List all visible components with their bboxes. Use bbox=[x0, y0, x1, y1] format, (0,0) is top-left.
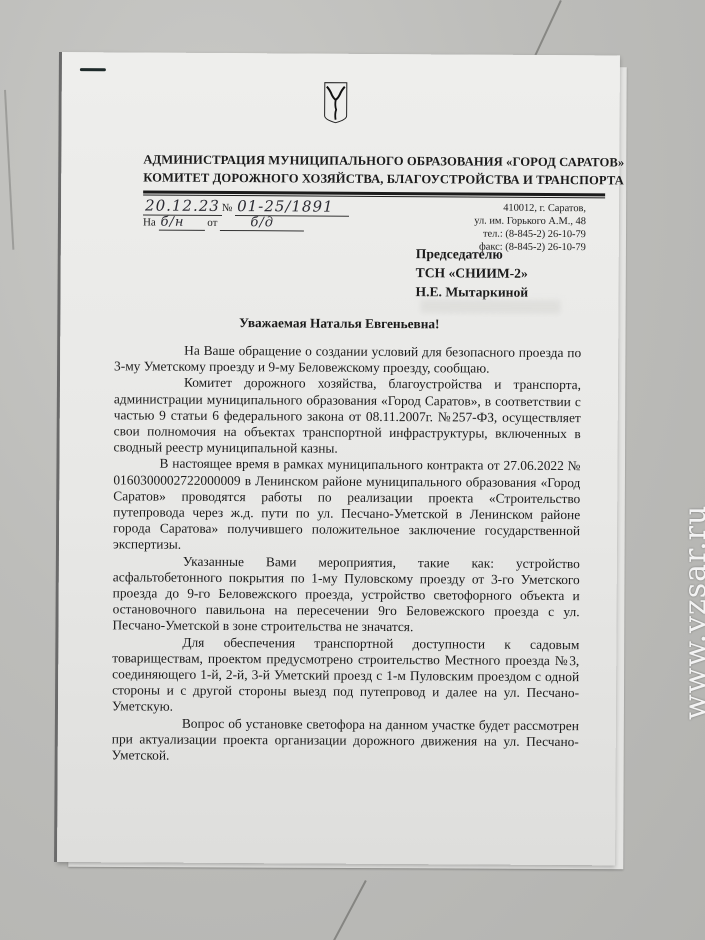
paragraph-6: Вопрос об установке светофора на данном … bbox=[112, 715, 579, 766]
from-label: от bbox=[207, 217, 217, 229]
address-line2: ул. им. Горького А.М., 48 bbox=[401, 214, 586, 228]
outgoing-date: 20.12.23 bbox=[143, 196, 222, 215]
paragraph-5: Для обеспечения транспортной доступности… bbox=[112, 634, 579, 718]
number-label: № bbox=[222, 202, 233, 214]
organization-header: Администрация муниципального образования… bbox=[143, 150, 613, 189]
outgoing-number: 01-25/1891 bbox=[235, 197, 349, 217]
paragraph-4: Указанные Вами мероприятия, такие как: у… bbox=[112, 553, 579, 637]
org-name-line2: Комитет дорожного хозяйства, благоустрой… bbox=[143, 168, 613, 189]
address-line1: 410012, г. Саратов, bbox=[401, 201, 586, 215]
redacted-area bbox=[420, 299, 560, 314]
marble-vein bbox=[534, 0, 562, 57]
reply-to-date: б/д bbox=[220, 215, 304, 232]
marble-vein bbox=[4, 90, 14, 250]
salutation: Уважаемая Наталья Евгеньевна! bbox=[60, 314, 618, 333]
staple-mark bbox=[80, 68, 106, 71]
letter-page: Администрация муниципального образования… bbox=[57, 52, 620, 865]
reply-to-number: б/н bbox=[158, 215, 204, 231]
reply-to-label: На bbox=[143, 216, 156, 228]
paragraph-1: На Ваше обращение о создании условий для… bbox=[114, 342, 581, 377]
marble-vein bbox=[332, 880, 367, 940]
letter-body: На Ваше обращение о создании условий для… bbox=[112, 342, 582, 766]
site-watermark: www.vzsar.ru bbox=[678, 505, 705, 720]
recipient-title: Председателю bbox=[416, 244, 529, 264]
recipient-org: ТСН «СНИИМ-2» bbox=[416, 263, 529, 283]
saratov-coat-of-arms-icon bbox=[324, 82, 348, 124]
recipient-block: Председателю ТСН «СНИИМ-2» Н.Е. Мытаркин… bbox=[415, 244, 528, 302]
registration-block: 20.12.23№ 01-25/1891 На б/н от б/д bbox=[143, 196, 349, 231]
phone: тел.: (8-845-2) 26-10-79 bbox=[401, 227, 586, 241]
paragraph-2: Комитет дорожного хозяйства, благоустрой… bbox=[114, 375, 581, 459]
paragraph-3: В настоящее время в рамках муниципальног… bbox=[113, 456, 581, 556]
